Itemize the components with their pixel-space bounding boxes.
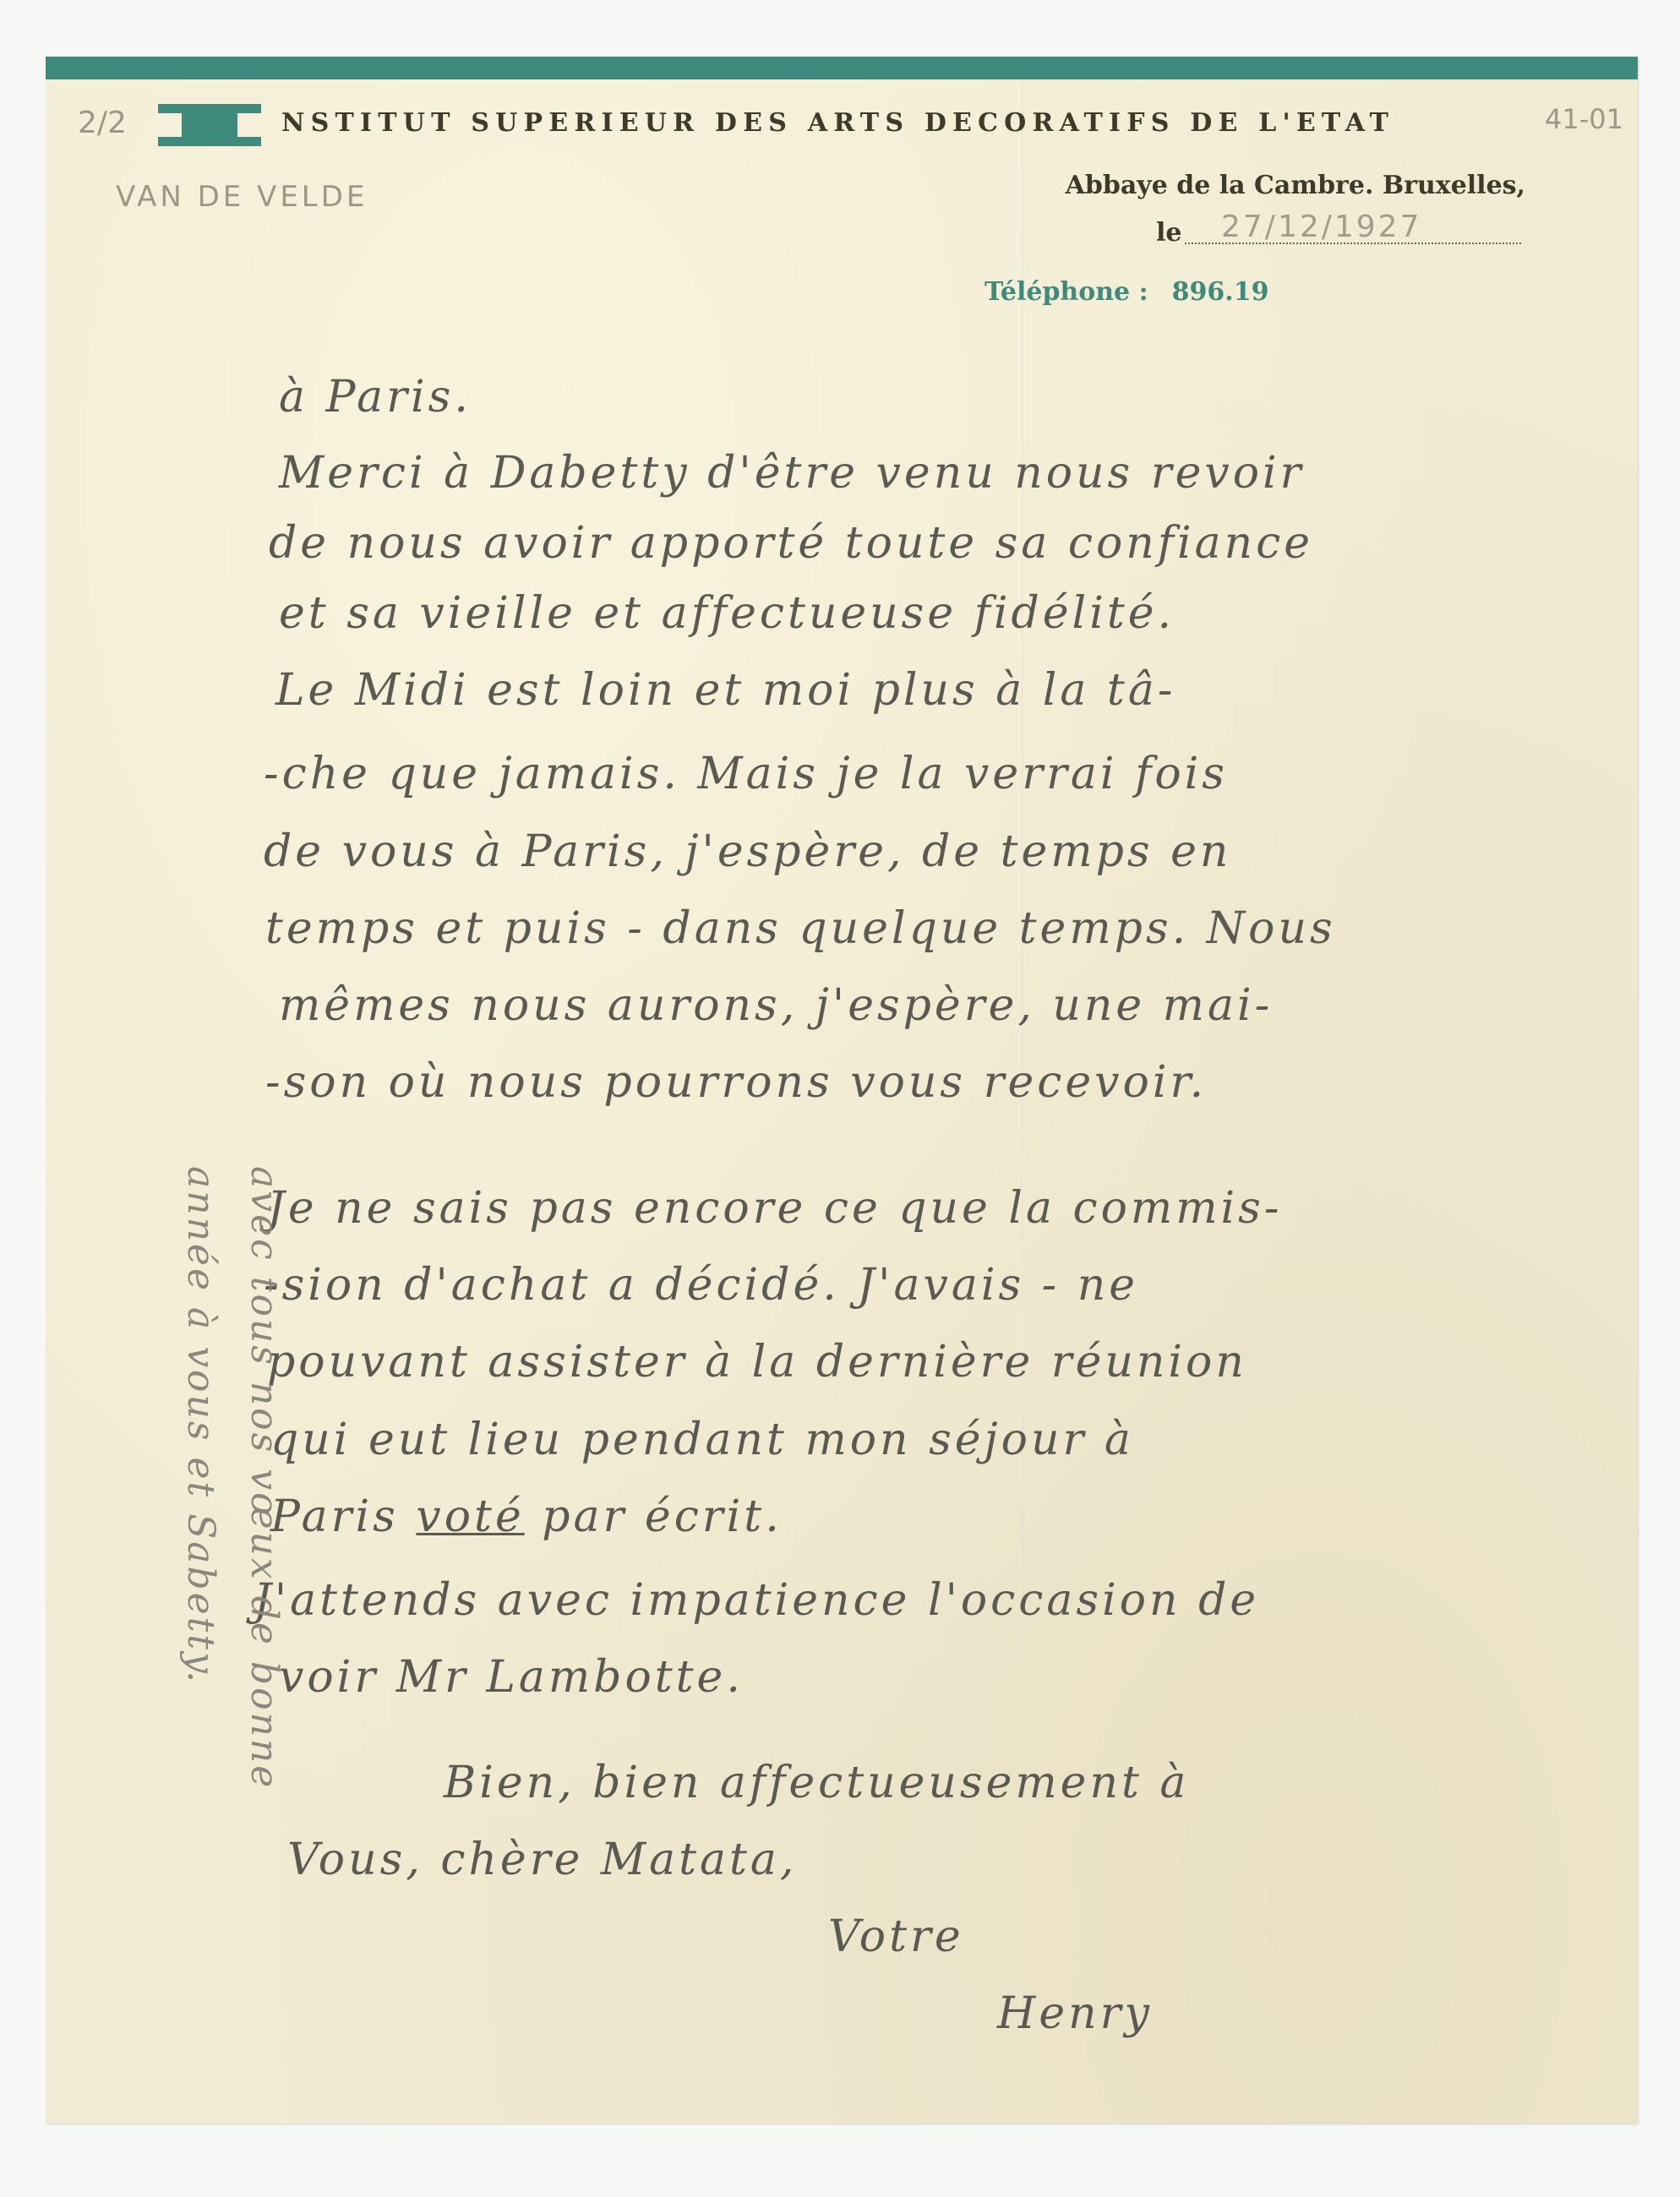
body-line: Merci à Dabetty d'être venu nous revoir bbox=[279, 448, 1305, 499]
body-line: -son où nous pourrons vous recevoir. bbox=[265, 1057, 1207, 1108]
telephone: Téléphone :896.19 bbox=[985, 277, 1269, 307]
institution-name: NSTITUT SUPERIEUR DES ARTS DECORATIFS DE… bbox=[281, 108, 1524, 138]
telephone-label: Téléphone : bbox=[985, 277, 1148, 307]
institute-logo-i-icon bbox=[158, 104, 261, 146]
margin-note: avec tous nos vœux de bonne année à vous… bbox=[169, 1166, 296, 1927]
body-line: de nous avoir apporté toute sa confiance bbox=[269, 518, 1313, 569]
page-number-mark: 2/2 bbox=[78, 106, 127, 140]
body-line: -sion d'achat a décidé. J'avais - ne bbox=[264, 1260, 1138, 1311]
body-line: temps et puis - dans quelque temps. Nous bbox=[265, 903, 1336, 954]
body-line: J'attends avec impatience l'occasion de bbox=[254, 1575, 1259, 1626]
body-line: Le Midi est loin et moi plus à la tâ- bbox=[275, 665, 1175, 716]
letter-date: 27/12/1927 bbox=[1221, 210, 1422, 244]
closing-salutation: Bien, bien affectueusement à bbox=[444, 1758, 1189, 1808]
margin-note-line: année à vous et Sabetty. bbox=[169, 1166, 232, 1927]
author-pencil-note: VAN DE VELDE bbox=[116, 180, 368, 214]
date-prefix: le bbox=[1156, 218, 1181, 248]
body-line: et sa vieille et affectueuse fidélité. bbox=[279, 588, 1175, 639]
archive-reference-mark: 41-01 bbox=[1545, 103, 1623, 135]
margin-note-line: avec tous nos vœux de bonne bbox=[232, 1166, 296, 1927]
letterhead-top-band bbox=[46, 57, 1638, 79]
body-line: -che que jamais. Mais je la verrai fois bbox=[264, 749, 1228, 799]
body-line: Paris voté par écrit. bbox=[270, 1491, 783, 1542]
body-line: voir Mr Lambotte. bbox=[279, 1652, 744, 1703]
body-line: pouvant assister à la dernière réunion bbox=[267, 1337, 1247, 1387]
body-line: Je ne sais pas encore ce que la commis- bbox=[267, 1183, 1282, 1234]
body-text: par écrit. bbox=[542, 1491, 783, 1542]
closing-votre: Votre bbox=[828, 1911, 964, 1962]
body-line: mêmes nous aurons, j'espère, une mai- bbox=[279, 980, 1273, 1031]
body-line: qui eut lieu pendant mon séjour à bbox=[270, 1415, 1134, 1465]
body-line: de vous à Paris, j'espère, de temps en bbox=[264, 826, 1231, 877]
signature: Henry bbox=[997, 1988, 1153, 2039]
institution-address: Abbaye de la Cambre. Bruxelles, bbox=[985, 171, 1525, 200]
underlined-word: voté bbox=[416, 1491, 524, 1542]
telephone-number: 896.19 bbox=[1172, 277, 1269, 307]
body-line: à Paris. bbox=[279, 372, 472, 422]
closing-salutation: Vous, chère Matata, bbox=[287, 1834, 797, 1885]
